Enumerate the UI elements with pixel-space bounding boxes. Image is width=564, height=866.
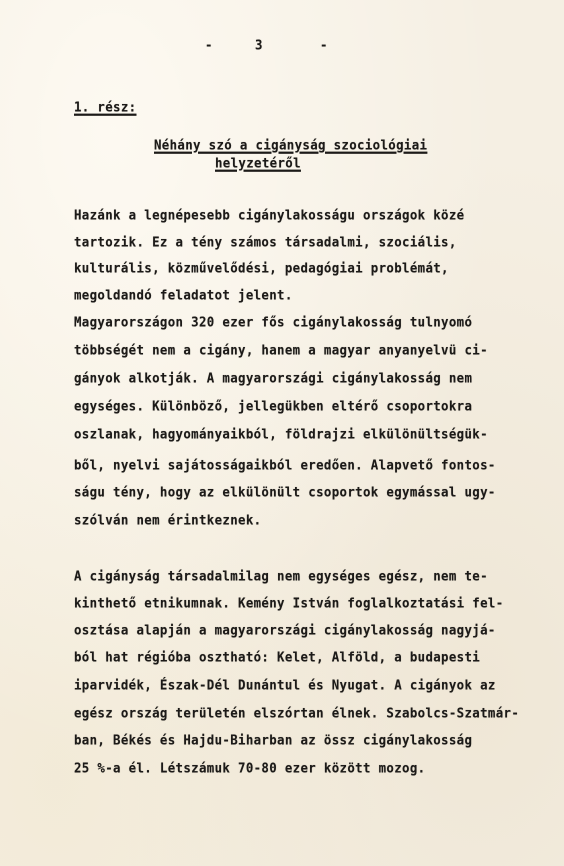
paragraph-line: Hazánk a legnépesebb cigánylakosságu ors… [74,208,465,223]
typewritten-page: - 3 - 1. rész: Néhány szó a cigányság sz… [0,0,564,866]
paragraph-line: kinthető etnikumnak. Kemény István fogla… [74,596,504,611]
paragraph-line: gányok alkotják. A magyarországi cigányl… [74,371,472,386]
paragraph-line: ságu tény, hogy az elkülönült csoportok … [74,485,496,500]
paragraph-line: szólván nem érintkeznek. [74,513,261,528]
paragraph-line: A cigányság társadalmilag nem egységes e… [74,569,488,584]
paragraph-line: kulturális, közművelődési, pedagógiai pr… [74,261,449,276]
paragraph-line: ban, Békés és Hajdu-Biharban az össz cig… [74,733,472,748]
page-number-dash-right: - [320,38,328,53]
paragraph-line: 25 %-a él. Létszámuk 70-80 ezer között m… [74,761,425,776]
paragraph-line: oszlanak, hagyományaikból, földrajzi elk… [74,427,488,442]
paragraph-line: megoldandó feladatot jelent. [74,288,293,303]
paragraph-line: ból hat régióba osztható: Kelet, Alföld,… [74,650,480,665]
paragraph-line: tartozik. Ez a tény számos társadalmi, s… [74,235,457,250]
heading-line-2: helyzetéről [215,156,301,171]
heading-line-1: Néhány szó a cigányság szociológiai [154,138,427,153]
section-label: 1. rész: [74,100,136,115]
page-number: 3 [255,38,263,53]
paragraph-line: egész ország területén elszórtan élnek. … [74,706,519,721]
paragraph-line: Magyarországon 320 ezer fős cigánylakoss… [74,315,472,330]
paragraph-line: osztása alapján a magyarországi cigányla… [74,623,496,638]
paragraph-line: iparvidék, Észak-Dél Dunántul és Nyugat.… [74,678,496,693]
page-number-dash-left: - [205,38,213,53]
paragraph-line: többségét nem a cigány, hanem a magyar a… [74,343,488,358]
paragraph-line: egységes. Különböző, jellegükben eltérő … [74,399,472,414]
paragraph-line: ből, nyelvi sajátosságaikból eredően. Al… [74,458,496,473]
